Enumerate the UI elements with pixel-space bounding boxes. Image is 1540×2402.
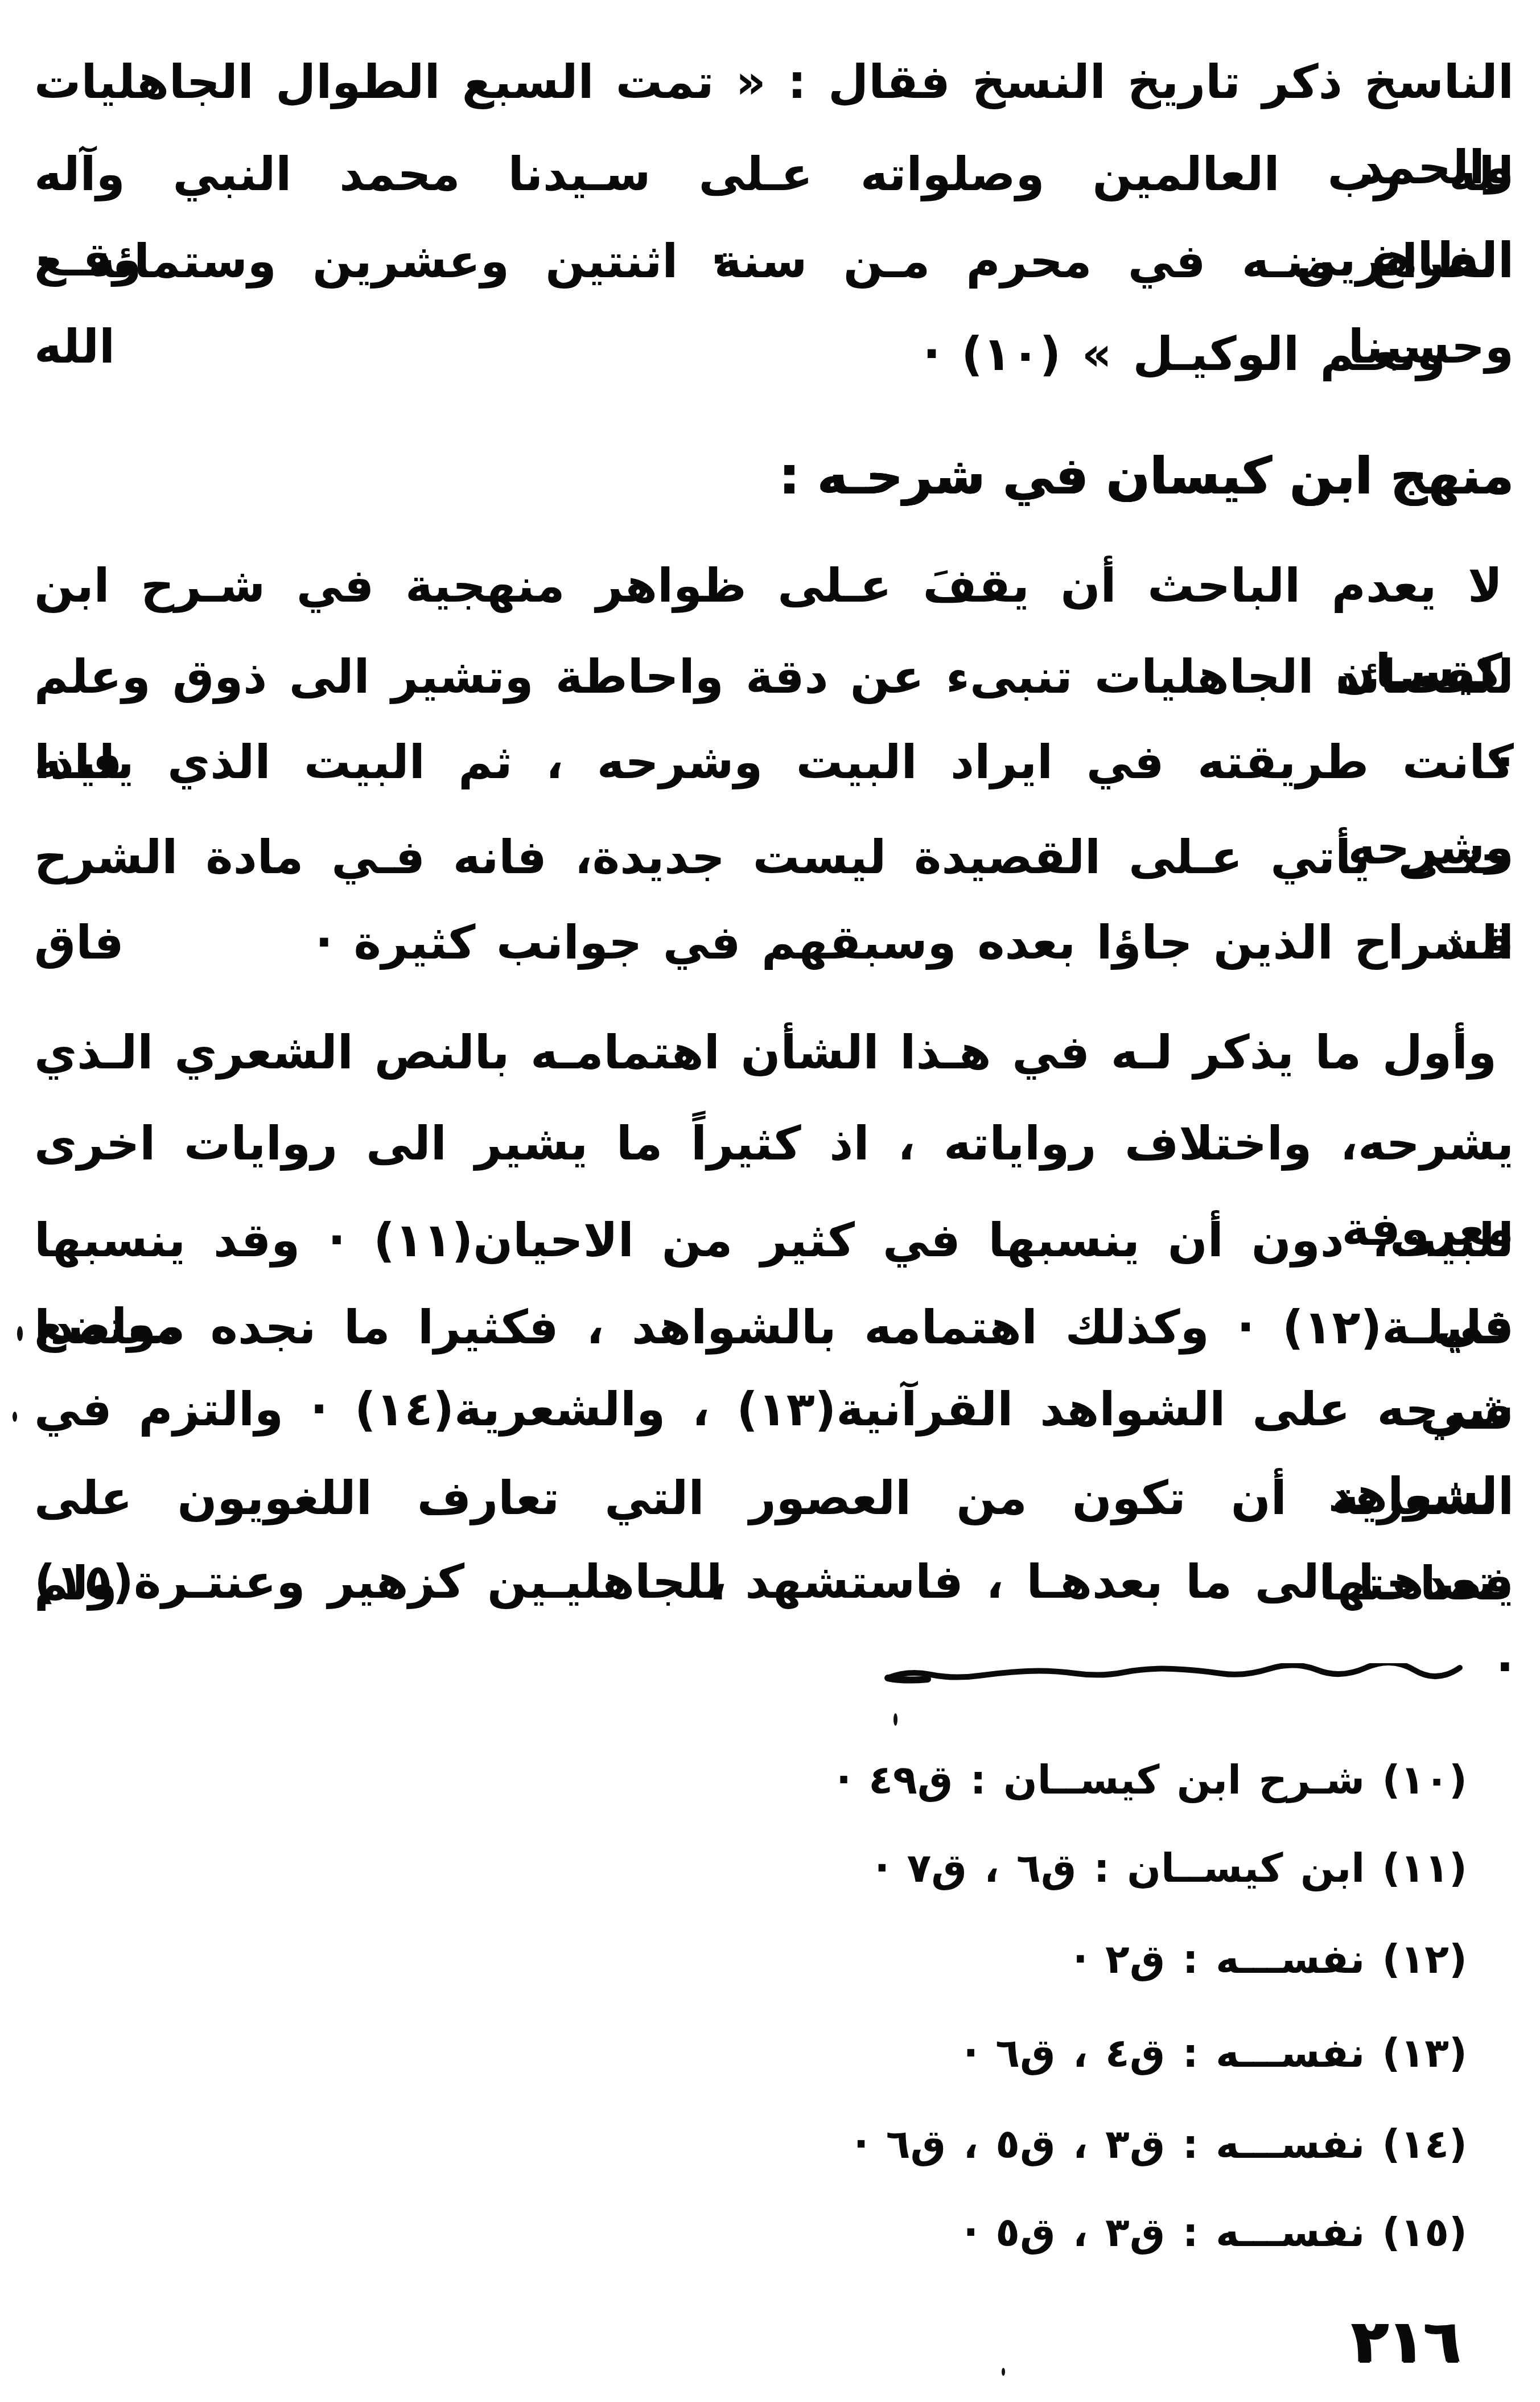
page-number: ٢١٦ [1352,2306,1460,2376]
paragraph1-line-2: للقصائد الجاهليات تنبىء عن دقة واحاطة وت… [34,635,1514,720]
intro-line-4: ونعـم الوكيـل » (١٠) · [923,312,1446,397]
paragraph1-line-1: لا يعدم الباحث أن يقفَ عـلى ظواهر منهجية… [34,544,1502,629]
section-heading: منهج ابن كيسان في شرحـه : [779,434,1514,519]
paragraph2-line-1: وأول ما يذكر لـه في هـذا الشأن اهتمامـه … [34,1010,1497,1096]
paragraph1-line-3: كانت طريقته في ايراد البيت وشرحه ، ثم ال… [34,720,1514,805]
intro-line-2: لله رب العالمين وصلواته عـلى سـيدنا محمد… [34,132,1514,217]
paragraph2-line-3: للبيت، دون أن ينسبها في كثير من الاحيان(… [34,1198,1514,1284]
paragraph2-line-6: الشعرية أن تكون من العصور التي تعارف الل… [34,1456,1514,1541]
ink-speck [893,1713,897,1726]
footnote-13: (١٣) نفســـه : ق٤ ، ق٦ · [963,2016,1467,2090]
intro-line-3: الفراغ منـه في محرم مـن سنة اثنتين وعشري… [34,219,1514,305]
paragraph1-line-4: حتـى يأتي عـلى القصيدة ليست جديدة، فانه … [34,815,1514,900]
paragraph1-line-5: الشراح الذين جاؤا بعده وسبقهم في جوانب ك… [315,900,1514,986]
footnote-12: (١٢) نفســـه : ق٢ · [1073,1922,1467,1996]
paragraph2-line-7: يتعدهـا الى ما بعدهـا ، فاستشهد للجاهليـ… [34,1540,1514,1625]
footnote-15: (١٥) نفســـه : ق٣ ، ق٥ · [963,2195,1467,2269]
ink-speck [1002,2368,1005,2376]
footnote-separator-line [883,1663,1512,1686]
ink-speck [17,1326,23,1341]
paragraph2-line-4: قليلـة(١٢) · وكذلك اهتمامه بالشواهد ، فك… [34,1285,1514,1371]
paragraph2-line-2: يشرحه، واختلاف رواياته ، اذ كثيراً ما يش… [34,1101,1514,1187]
footnote-11: (١١) ابن كيســان : ق٦ ، ق٧ · [874,1831,1467,1905]
intro-line-1: الناسخ ذكر تاريخ النسخ فقال : « تمت السب… [34,40,1514,125]
footnote-14: (١٤) نفســـه : ق٣ ، ق٥ ، ق٦ · [854,2107,1467,2181]
scanned-book-page: الناسخ ذكر تاريخ النسخ فقال : « تمت السب… [0,0,1540,2402]
ink-speck [13,1412,17,1422]
paragraph2-line-5: شرحه على الشواهد القرآنية(١٣) ، والشعرية… [34,1367,1514,1453]
footnote-10: (١٠) شـرح ابن كيســان : ق٤٩ · [836,1743,1467,1817]
